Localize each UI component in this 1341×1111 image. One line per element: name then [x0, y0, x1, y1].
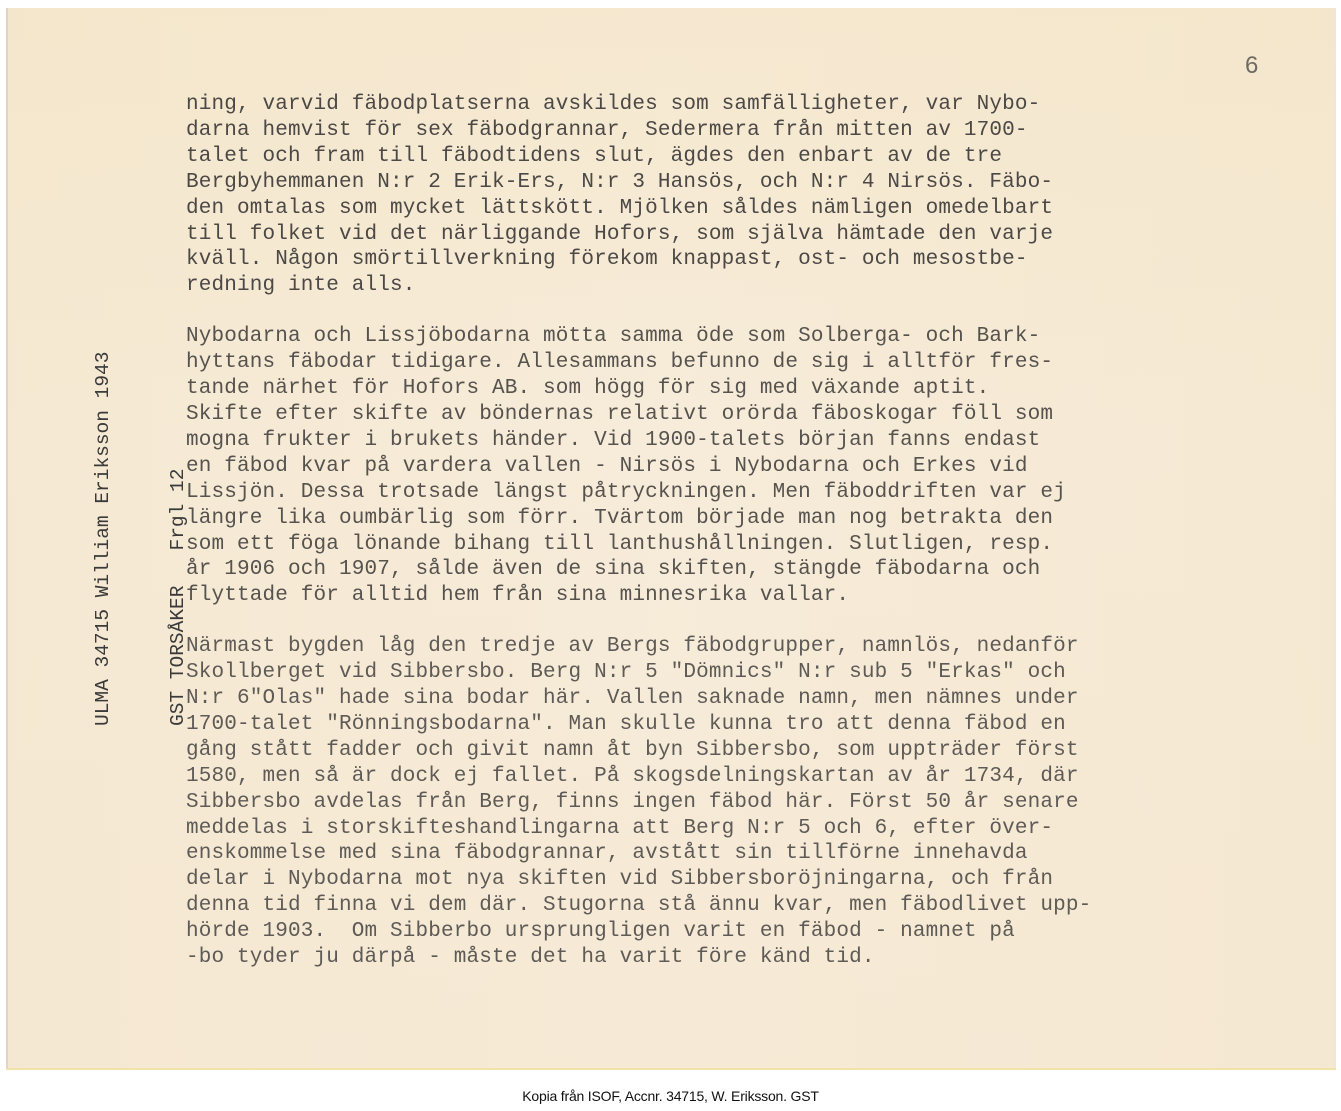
text-line: delar i Nybodarna mot nya skiften vid Si…: [186, 867, 1266, 893]
text-line: Bergbyhemmanen N:r 2 Erik-Ers, N:r 3 Han…: [186, 170, 1266, 196]
text-line: kväll. Någon smörtillverkning förekom kn…: [186, 247, 1266, 273]
page-number: 6: [1245, 52, 1258, 80]
text-line: mogna frukter i brukets händer. Vid 1900…: [186, 428, 1266, 454]
margin-note-line-1: ULMA 34715 William Eriksson 1943: [91, 352, 116, 726]
text-line: denna tid finna vi dem där. Stugorna stå…: [186, 893, 1266, 919]
typewritten-body: ning, varvid fäbodplatserna avskildes so…: [186, 92, 1266, 971]
text-line: som ett föga lönande bihang till lanthus…: [186, 532, 1266, 558]
text-line: längre lika oumbärlig som förr. Tvärtom …: [186, 506, 1266, 532]
text-line: darna hemvist för sex fäbodgrannar, Sede…: [186, 118, 1266, 144]
text-line: Nybodarna och Lissjöbodarna mötta samma …: [186, 324, 1266, 350]
text-line: 1580, men så är dock ej fallet. På skogs…: [186, 764, 1266, 790]
text-line: tande närhet för Hofors AB. som högg för…: [186, 376, 1266, 402]
text-line: gång stått fadder och givit namn åt byn …: [186, 738, 1266, 764]
text-line: Närmast bygden låg den tredje av Bergs f…: [186, 634, 1266, 660]
text-line: flyttade för alltid hem från sina minnes…: [186, 583, 1266, 609]
text-line: ning, varvid fäbodplatserna avskildes so…: [186, 92, 1266, 118]
text-line: hyttans fäbodar tidigare. Allesammans be…: [186, 350, 1266, 376]
text-line: redning inte alls.: [186, 273, 1266, 299]
text-line: -bo tyder ju därpå - måste det ha varit …: [186, 945, 1266, 971]
text-line: enskommelse med sina fäbodgrannar, avstå…: [186, 841, 1266, 867]
paragraph-2: Nybodarna och Lissjöbodarna mötta samma …: [186, 324, 1266, 609]
archive-copy-caption: Kopia från ISOF, Accnr. 34715, W. Erikss…: [0, 1088, 1341, 1104]
text-line: till folket vid det närliggande Hofors, …: [186, 222, 1266, 248]
text-line: år 1906 och 1907, sålde även de sina ski…: [186, 557, 1266, 583]
text-line: meddelas i storskifteshandlingarna att B…: [186, 816, 1266, 842]
text-line: 1700-talet "Rönningsbodarna". Man skulle…: [186, 712, 1266, 738]
text-line: hörde 1903. Om Sibberbo ursprungligen va…: [186, 919, 1266, 945]
text-line: en fäbod kvar på vardera vallen - Nirsös…: [186, 454, 1266, 480]
text-line: talet och fram till fäbodtidens slut, äg…: [186, 144, 1266, 170]
text-line: Lissjön. Dessa trotsade längst påtryckni…: [186, 480, 1266, 506]
text-line: N:r 6"Olas" hade sina bodar här. Vallen …: [186, 686, 1266, 712]
text-line: den omtalas som mycket lättskött. Mjölke…: [186, 196, 1266, 222]
text-line: Sibbersbo avdelas från Berg, finns ingen…: [186, 790, 1266, 816]
paragraph-3: Närmast bygden låg den tredje av Bergs f…: [186, 634, 1266, 971]
text-line: Skifte efter skifte av böndernas relativ…: [186, 402, 1266, 428]
text-line: Skollberget vid Sibbersbo. Berg N:r 5 "D…: [186, 660, 1266, 686]
paragraph-1: ning, varvid fäbodplatserna avskildes so…: [186, 92, 1266, 299]
